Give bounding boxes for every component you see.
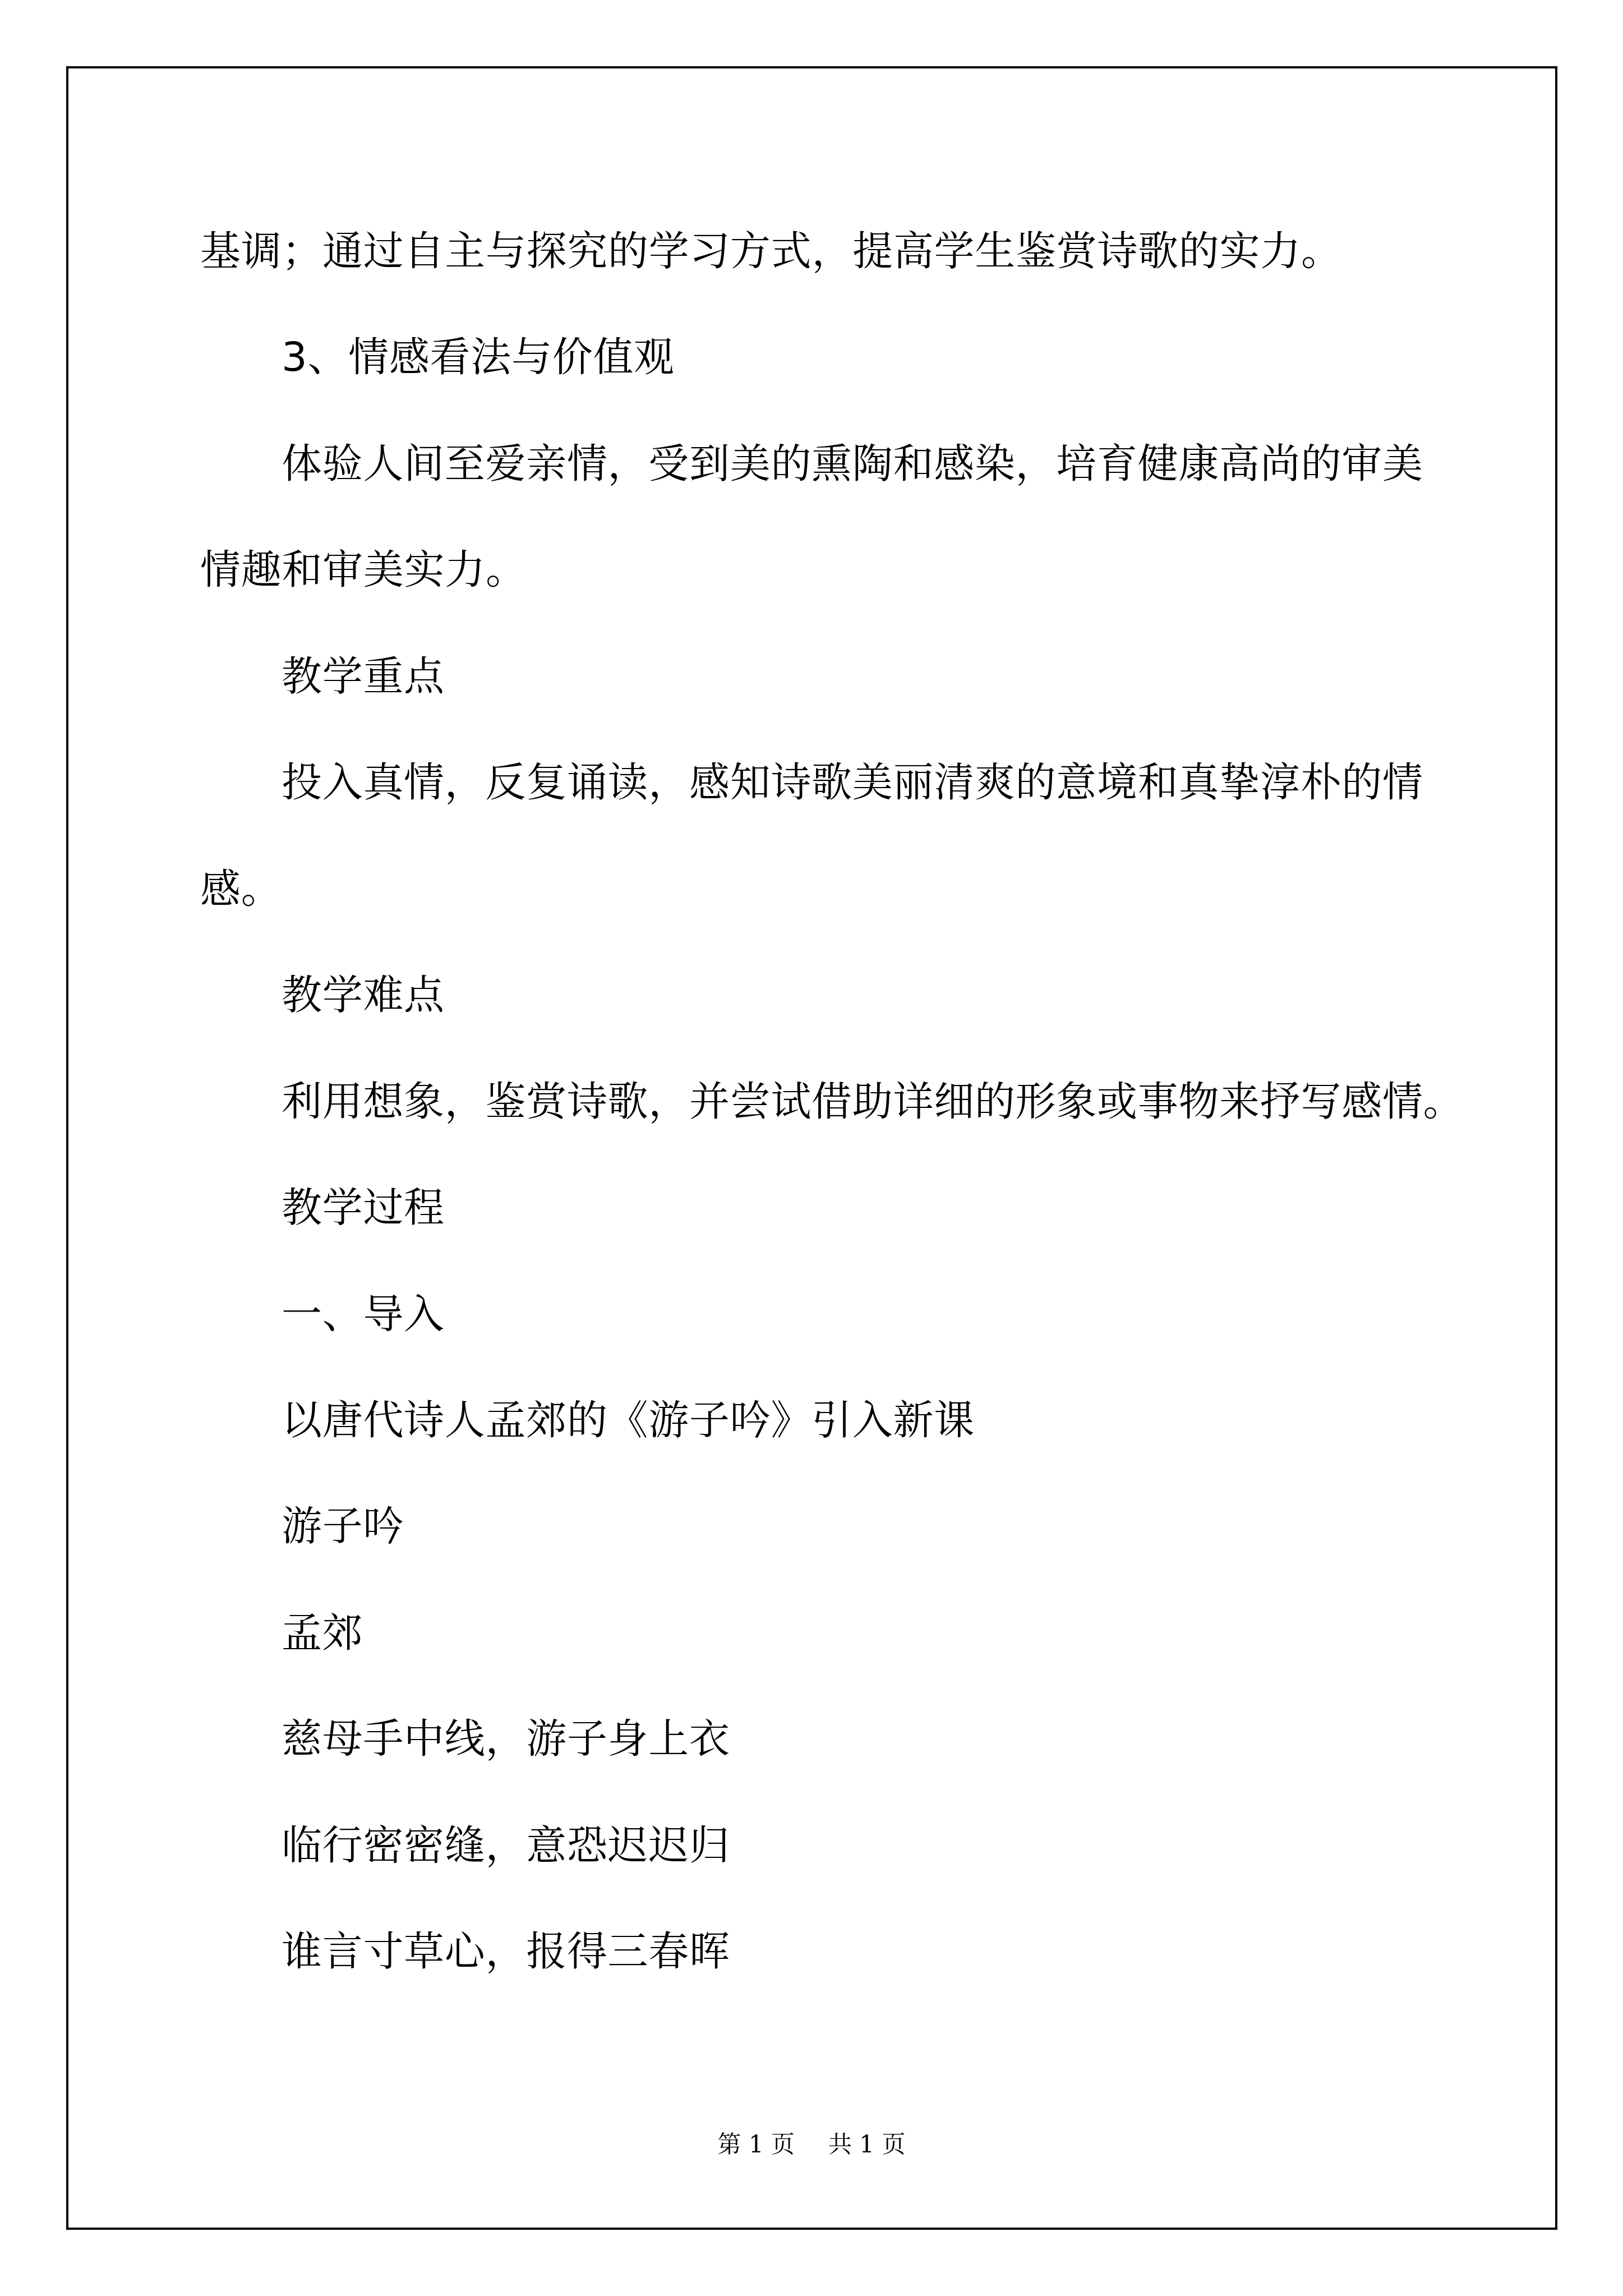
poem-title: 游子吟 (282, 1473, 404, 1579)
section-heading-emotion-values: 3、情感看法与价值观 (282, 303, 675, 410)
current-page-label: 第 1 页 (718, 2129, 795, 2160)
text-line: 以唐代诗人孟郊的《游子吟》引入新课 (282, 1366, 975, 1473)
poem-line: 谁言寸草心，报得三春晖 (282, 1898, 730, 2004)
text-line: 情趣和审美实力。 (200, 516, 527, 623)
section-heading-key-points: 教学重点 (282, 623, 445, 729)
text-line: 投入真情，反复诵读，感知诗歌美丽清爽的意境和真挚淳朴的情 (282, 729, 1423, 835)
text-line: 感。 (200, 835, 282, 942)
poem-line: 慈母手中线，游子身上衣 (282, 1685, 730, 1792)
text-line: 基调；通过自主与探究的学习方式，提高学生鉴赏诗歌的实力。 (200, 197, 1342, 304)
text-line: 利用想象，鉴赏诗歌，并尝试借助详细的形象或事物来抒写感情。 (282, 1048, 1464, 1154)
poem-author: 孟郊 (282, 1579, 363, 1686)
section-heading-process: 教学过程 (282, 1154, 445, 1260)
text-line: 体验人间至爱亲情，受到美的熏陶和感染，培育健康高尚的审美 (282, 410, 1423, 517)
total-pages-label: 共 1 页 (828, 2129, 905, 2160)
section-heading-introduction: 一、导入 (282, 1260, 445, 1367)
poem-line: 临行密密缝，意恐迟迟归 (282, 1792, 730, 1898)
section-heading-difficulties: 教学难点 (282, 941, 445, 1048)
page-footer: 第 1 页共 1 页 (0, 2129, 1623, 2160)
